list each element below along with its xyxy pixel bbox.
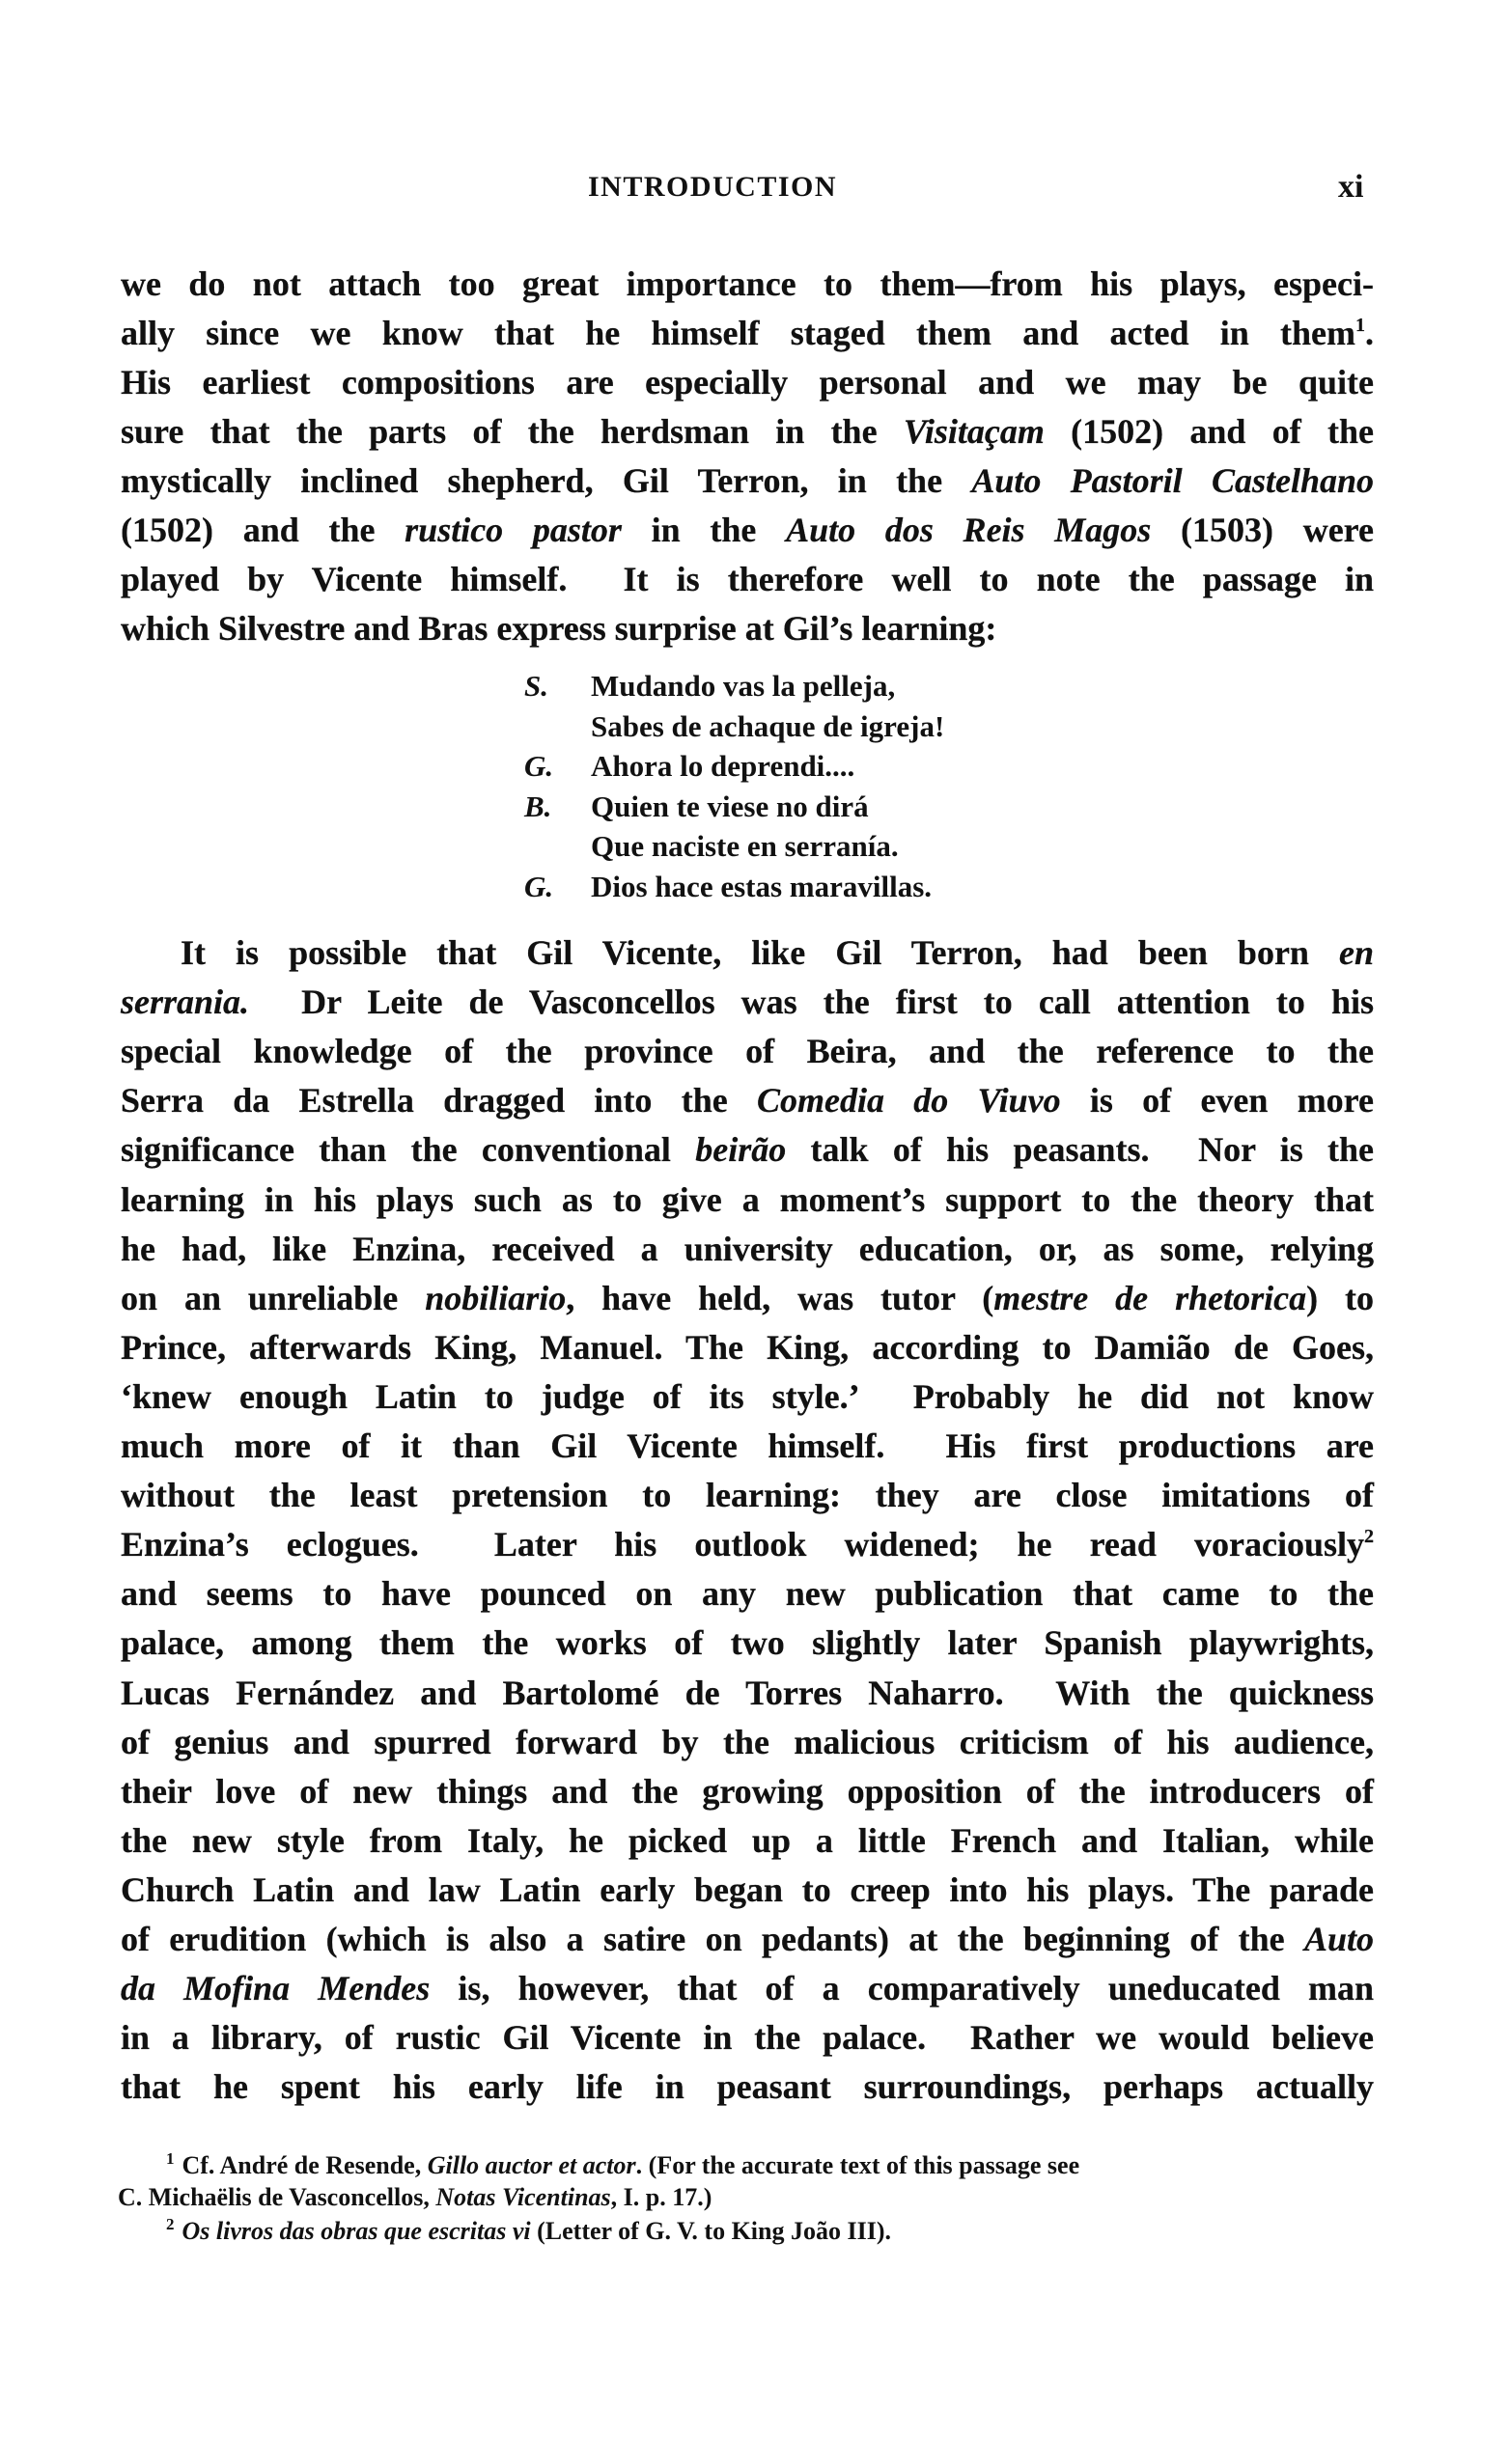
text-line: much more of it than Gil Vicente himself… [121,1426,1374,1465]
italic-text: nobiliario [425,1279,566,1317]
text-line: on an unreliable nobiliario, have held, … [121,1279,1374,1317]
footnote-marker: 1 [166,2149,175,2168]
footnote-marker: 2 [166,2215,175,2233]
footnote-1-line: 1Cf. André de Resende, Gillo auctor et a… [166,2151,1373,2180]
running-head: INTRODUCTION xi [0,170,1508,205]
text-segment: (1502) and the [121,511,405,549]
text-segment: , have held, was tutor ( [566,1279,993,1317]
speaker-label: G. [524,870,553,904]
text-segment: which Silvestre and Bras express surpris… [121,609,996,648]
text-segment: ‘knew enough Latin to judge of its style… [121,1377,1374,1416]
text-segment: . [1365,314,1374,352]
footnote-reference: 2 [1364,1526,1374,1547]
text-segment: , I. p. 17.) [611,2183,712,2211]
text-line: that he spent his early life in peasant … [121,2067,1374,2106]
verse-line: S.Mudando vas la pelleja, [0,669,1508,704]
text-line: serrania. Dr Leite de Vasconcellos was t… [121,983,1374,1021]
text-segment: Serra da Estrella dragged into the [121,1081,757,1120]
text-line: ally since we know that he himself stage… [121,314,1374,352]
footnote-2-line: 2Os livros das obras que escritas vi (Le… [166,2217,1373,2246]
text-segment: palace, among them the works of two slig… [121,1623,1374,1662]
italic-text: Os livros das obras que escritas vi [182,2217,531,2245]
text-line: It is possible that Gil Vicente, like Gi… [181,933,1374,972]
text-segment: It is possible that Gil Vicente, like Gi… [181,933,1339,972]
text-segment: the new style from Italy, he picked up a… [121,1821,1374,1860]
italic-text: en [1339,933,1374,972]
verse-text: Dios hace estas maravillas. [591,870,932,904]
text-segment: Church Latin and law Latin early began t… [121,1870,1374,1909]
text-segment: Enzina’s eclogues. Later his outlook wid… [121,1525,1364,1564]
text-segment: that he spent his early life in peasant … [121,2067,1374,2106]
text-segment: C. Michaëlis de Vasconcellos, [118,2183,435,2211]
text-segment: is, however, that of a comparatively une… [430,1969,1374,2007]
verse-line: Que naciste en serranía. [0,829,1508,864]
text-line: played by Vicente himself. It is therefo… [121,560,1374,598]
text-segment: without the least pretension to learning… [121,1476,1374,1514]
speaker-label: S. [524,669,548,704]
text-line: special knowledge of the province of Bei… [121,1032,1374,1070]
italic-text: mestre de rhetorica [993,1279,1306,1317]
text-line: His earliest compositions are especially… [121,363,1374,401]
text-segment: Prince, afterwards King, Manuel. The Kin… [121,1328,1374,1367]
text-line: Prince, afterwards King, Manuel. The Kin… [121,1328,1374,1367]
text-line: their love of new things and the growing… [121,1772,1374,1811]
italic-text: rustico pastor [405,511,622,549]
verse-line: G.Dios hace estas maravillas. [0,870,1508,904]
italic-text: da Mofina Mendes [121,1969,430,2007]
italic-text: Comedia do Viuvo [757,1081,1061,1120]
italic-text: beirão [695,1130,786,1169]
text-line: (1502) and the rustico pastor in the Aut… [121,511,1374,549]
verse-text: Sabes de achaque de igreja! [591,709,944,744]
footnote-1-line: C. Michaëlis de Vasconcellos, Notas Vice… [118,2183,1373,2212]
text-segment: ) to [1306,1279,1374,1317]
text-segment: (1503) were [1151,511,1374,549]
text-line: Lucas Fernández and Bartolomé de Torres … [121,1674,1374,1712]
italic-text: Visitaçam [904,412,1045,451]
italic-text: Notas Vicentinas [435,2183,610,2211]
text-segment: Dr Leite de Vasconcellos was the first t… [249,983,1374,1021]
text-line: Serra da Estrella dragged into the Comed… [121,1081,1374,1120]
text-segment: their love of new things and the growing… [121,1772,1374,1811]
verse-text: Quien te viese no dirá [591,789,869,824]
footnote-reference: 1 [1355,315,1365,336]
text-line: Enzina’s eclogues. Later his outlook wid… [121,1525,1374,1564]
italic-text: serrania. [121,983,249,1021]
text-segment: he had, like Enzina, received a universi… [121,1230,1374,1268]
text-line: of erudition (which is also a satire on … [121,1920,1374,1958]
italic-text: Auto [1304,1920,1374,1958]
text-segment: significance than the conventional [121,1130,695,1169]
text-segment: Lucas Fernández and Bartolomé de Torres … [121,1674,1374,1712]
italic-text: Auto dos Reis Magos [786,511,1151,549]
verse-line: Sabes de achaque de igreja! [0,709,1508,744]
text-segment: talk of his peasants. Nor is the [786,1130,1374,1169]
book-page: INTRODUCTION xi we do not attach too gre… [0,0,1508,2464]
verse-line: B.Quien te viese no dirá [0,789,1508,824]
text-segment: ally since we know that he himself stage… [121,314,1355,352]
text-segment: and seems to have pounced on any new pub… [121,1574,1374,1613]
speaker-label: B. [524,789,551,824]
text-segment: (Letter of G. V. to King João III). [531,2217,891,2245]
text-segment: His earliest compositions are especially… [121,363,1374,401]
text-line: we do not attach too great importance to… [121,264,1374,303]
text-line: palace, among them the works of two slig… [121,1623,1374,1662]
text-line: of genius and spurred forward by the mal… [121,1723,1374,1761]
text-line: the new style from Italy, he picked up a… [121,1821,1374,1860]
text-segment: is of even more [1061,1081,1374,1120]
text-segment: learning in his plays such as to give a … [121,1180,1374,1219]
text-line: ‘knew enough Latin to judge of its style… [121,1377,1374,1416]
text-line: which Silvestre and Bras express surpris… [121,609,1374,648]
text-segment: in the [622,511,786,549]
speaker-label: G. [524,749,553,784]
text-line: he had, like Enzina, received a universi… [121,1230,1374,1268]
text-line: in a library, of rustic Gil Vicente in t… [121,2018,1374,2057]
text-segment: on an unreliable [121,1279,425,1317]
text-segment: in a library, of rustic Gil Vicente in t… [121,2018,1374,2057]
verse-text: Mudando vas la pelleja, [591,669,895,704]
page-number: xi [1338,170,1363,205]
text-line: significance than the conventional beirã… [121,1130,1374,1169]
text-segment: sure that the parts of the herdsman in t… [121,412,904,451]
text-segment: Cf. André de Resende, [182,2151,428,2179]
italic-text: Auto Pastoril Castelhano [971,461,1374,500]
text-segment: . (For the accurate text of this passage… [636,2151,1079,2179]
text-line: da Mofina Mendes is, however, that of a … [121,1969,1374,2007]
italic-text: Gillo auctor et actor [428,2151,636,2179]
text-segment: of erudition (which is also a satire on … [121,1920,1304,1958]
text-line: sure that the parts of the herdsman in t… [121,412,1374,451]
text-segment: played by Vicente himself. It is therefo… [121,560,1374,598]
text-line: without the least pretension to learning… [121,1476,1374,1514]
verse-text: Ahora lo deprendi.... [591,749,854,784]
text-line: learning in his plays such as to give a … [121,1180,1374,1219]
text-segment: of genius and spurred forward by the mal… [121,1723,1374,1761]
text-line: and seems to have pounced on any new pub… [121,1574,1374,1613]
verse-line: G.Ahora lo deprendi.... [0,749,1508,784]
text-segment: much more of it than Gil Vicente himself… [121,1426,1374,1465]
text-line: Church Latin and law Latin early began t… [121,1870,1374,1909]
text-segment: we do not attach too great importance to… [121,264,1374,303]
text-segment: special knowledge of the province of Bei… [121,1032,1374,1070]
verse-text: Que naciste en serranía. [591,829,899,864]
text-line: mystically inclined shepherd, Gil Terron… [121,461,1374,500]
text-segment: (1502) and of the [1045,412,1374,451]
running-title: INTRODUCTION [588,170,889,205]
text-segment: mystically inclined shepherd, Gil Terron… [121,461,971,500]
